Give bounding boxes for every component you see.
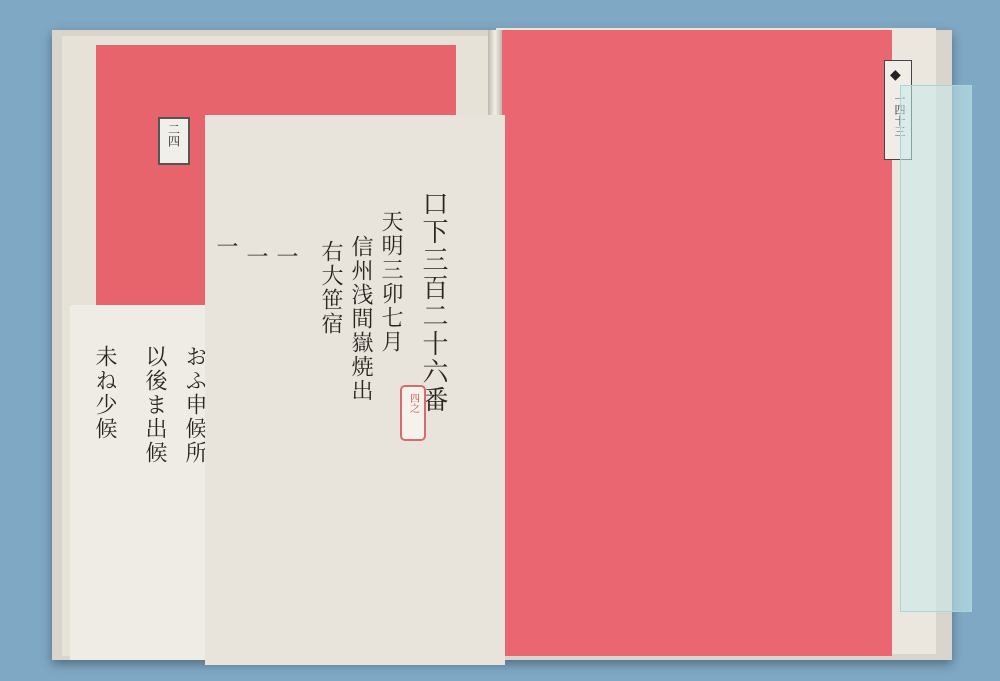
glass-paperweight	[900, 85, 972, 612]
text-column: 一	[240, 245, 271, 645]
page-number-label: 二四	[158, 117, 190, 165]
text-column: 未ね少候	[89, 345, 120, 645]
text-column: 以後ま出候	[139, 345, 170, 645]
text-column: 天明三卯七月	[375, 210, 406, 354]
text-column: 右大笹宿	[315, 240, 346, 660]
text-column: 一	[270, 245, 301, 645]
label-text: 二四	[166, 123, 183, 147]
text-column: 一	[210, 235, 241, 635]
stamp-text: 四之	[406, 393, 421, 413]
red-seal-stamp: 四之	[400, 385, 426, 441]
text-column: 信州浅間嶽焼出	[345, 235, 376, 655]
text-column: 口下三百二十六番	[415, 190, 452, 414]
red-interleaf-right	[502, 30, 892, 656]
diamond-crest-icon: ◆	[890, 67, 901, 83]
main-document-sheet: 口下三百二十六番 天明三卯七月 信州浅間嶽焼出 右大笹宿 一 一 一	[205, 115, 505, 665]
